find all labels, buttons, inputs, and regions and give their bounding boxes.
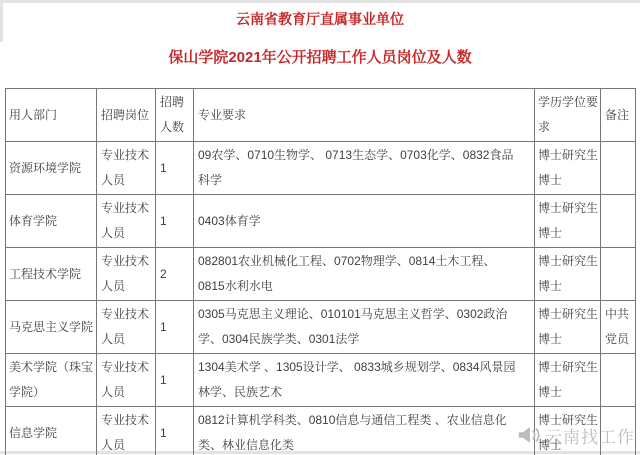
- cell-dept: 体育学院: [6, 195, 97, 248]
- cell-degree: 博士研究生 博士: [535, 195, 601, 248]
- cell-dept: 工程技术学院: [6, 248, 97, 301]
- cell-majors: 09农学、0710生物学、 0713生态学、0703化学、0832食品 科学: [194, 142, 535, 195]
- table-row: 资源环境学院 专业技术 人员 1 09农学、0710生物学、 0713生态学、0…: [6, 142, 636, 195]
- cell-majors: 0305马克思主义理论、010101马克思主义哲学、0302政治 学、0304民…: [194, 301, 535, 354]
- watermark-label: 云南找工作: [545, 423, 635, 448]
- cell-degree: 博士研究生 博士: [535, 142, 601, 195]
- page-edge-top: [0, 0, 640, 3]
- recruitment-table: 用人部门 招聘岗位 招聘 人数 专业要求 学历学位要 求 备注 资源环境学院 专…: [5, 88, 636, 455]
- cell-post: 专业技术 人员: [97, 301, 156, 354]
- cell-post: 专业技术 人员: [97, 407, 156, 455]
- doc-title-org: 云南省教育厅直属事业单位: [0, 10, 640, 28]
- cell-count: 1: [156, 195, 194, 248]
- header-degree: 学历学位要 求: [535, 89, 601, 142]
- cell-majors: 0812计算机学科类、0810信息与通信工程类 、农业信息化 类、林业信息化类: [194, 407, 535, 455]
- document-page: 云南省教育厅直属事业单位 保山学院2021年公开招聘工作人员岗位及人数 用人部门…: [0, 0, 640, 455]
- table-row: 马克思主义学院 专业技术 人员 1 0305马克思主义理论、010101马克思主…: [6, 301, 636, 354]
- cell-remark: [601, 142, 636, 195]
- cell-count: 1: [156, 354, 194, 407]
- cell-degree: 博士研究生 博士: [535, 301, 601, 354]
- cell-degree: 博士研究生 博士: [535, 354, 601, 407]
- header-count: 招聘 人数: [156, 89, 194, 142]
- cell-remark: [601, 195, 636, 248]
- header-post: 招聘岗位: [97, 89, 156, 142]
- cell-majors: 1304美术学 、1305设计学、 0833城乡规划学、0834风景园 林学、民…: [194, 354, 535, 407]
- cell-dept: 资源环境学院: [6, 142, 97, 195]
- table-header-row: 用人部门 招聘岗位 招聘 人数 专业要求 学历学位要 求 备注: [6, 89, 636, 142]
- cell-remark: [601, 354, 636, 407]
- cell-degree: 博士研究生 博士: [535, 248, 601, 301]
- cell-dept: 马克思主义学院: [6, 301, 97, 354]
- watermark: 云南找工作: [515, 422, 635, 448]
- cell-remark: [601, 248, 636, 301]
- cell-remark: 中共 党员: [601, 301, 636, 354]
- cell-count: 1: [156, 301, 194, 354]
- header-majors: 专业要求: [194, 89, 535, 142]
- table-row: 美术学院（珠宝 学院） 专业技术 人员 1 1304美术学 、1305设计学、 …: [6, 354, 636, 407]
- header-dept: 用人部门: [6, 89, 97, 142]
- header-remark: 备注: [601, 89, 636, 142]
- doc-title-main: 保山学院2021年公开招聘工作人员岗位及人数: [0, 48, 640, 68]
- cell-dept: 信息学院: [6, 407, 97, 455]
- cell-post: 专业技术 人员: [97, 354, 156, 407]
- cell-majors: 082801农业机械化工程、0702物理学、0814土木工程、 0815水利水电: [194, 248, 535, 301]
- cell-count: 2: [156, 248, 194, 301]
- cell-post: 专业技术 人员: [97, 248, 156, 301]
- cell-dept: 美术学院（珠宝 学院）: [6, 354, 97, 407]
- table-row: 体育学院 专业技术 人员 1 0403体育学 博士研究生 博士: [6, 195, 636, 248]
- cell-post: 专业技术 人员: [97, 142, 156, 195]
- cell-post: 专业技术 人员: [97, 195, 156, 248]
- cell-count: 1: [156, 142, 194, 195]
- table-row: 工程技术学院 专业技术 人员 2 082801农业机械化工程、0702物理学、0…: [6, 248, 636, 301]
- cell-majors: 0403体育学: [194, 195, 535, 248]
- cell-count: 1: [156, 407, 194, 455]
- megaphone-icon: [515, 422, 545, 448]
